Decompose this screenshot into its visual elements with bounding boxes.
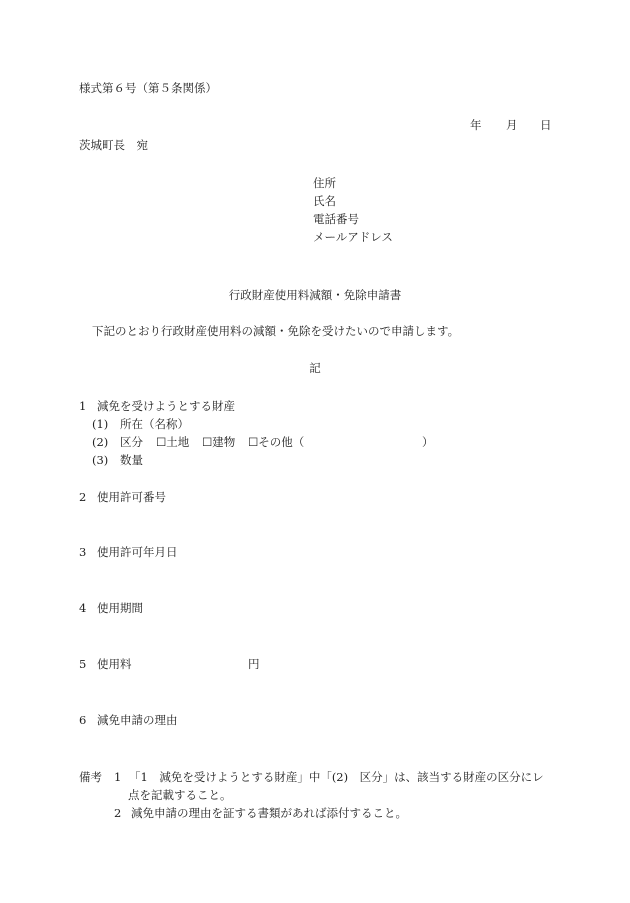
addressee: 茨城町長 宛 <box>79 137 148 153</box>
item-5-label: 使用料 <box>97 656 132 672</box>
date-day: 日 <box>540 117 552 133</box>
other-close-paren: ） <box>422 434 434 450</box>
date-month: 月 <box>506 117 518 133</box>
field-email: メールアドレス <box>313 229 393 245</box>
item-4-num: 4 <box>79 600 86 616</box>
checkbox-building[interactable]: ☐建物 <box>202 434 235 450</box>
item-5-unit: 円 <box>248 656 260 672</box>
date-year: 年 <box>470 117 482 133</box>
field-phone: 電話番号 <box>313 211 359 227</box>
notes-heading: 備考 <box>79 769 102 785</box>
note-2-text: 減免申請の理由を証する書類があれば添付すること。 <box>131 805 407 821</box>
note-1-num: 1 <box>114 769 121 785</box>
item-2-num: 2 <box>79 489 86 505</box>
intro-text: 下記のとおり行政財産使用料の減額・免除を受けたいので申請します。 <box>92 323 459 339</box>
item-4-label: 使用期間 <box>97 600 143 616</box>
item-1-2-label: 区分 <box>120 434 143 450</box>
item-1-label: 減免を受けようとする財産 <box>97 398 235 414</box>
form-label: 様式第６号（第５条関係） <box>79 80 217 96</box>
document-title: 行政財産使用料減額・免除申請書 <box>0 287 630 303</box>
item-1-1-label: 所在（名称） <box>120 416 189 432</box>
item-6-label: 減免申請の理由 <box>97 712 178 728</box>
item-1-2-num: (2) <box>92 434 108 450</box>
note-1-line-1: 「1 減免を受けようとする財産」中「(2) 区分」は、該当する財産の区分にレ <box>129 769 544 785</box>
item-1-num: 1 <box>79 398 86 414</box>
item-1-3-num: (3) <box>92 452 108 468</box>
field-name: 氏名 <box>313 193 336 209</box>
field-address: 住所 <box>313 175 336 191</box>
item-5-num: 5 <box>79 656 86 672</box>
item-3-num: 3 <box>79 544 86 560</box>
item-3-label: 使用許可年月日 <box>97 544 178 560</box>
checkbox-other[interactable]: ☐その他（ <box>248 434 304 450</box>
checkbox-land[interactable]: ☐土地 <box>156 434 189 450</box>
ki-marker: 記 <box>0 360 630 376</box>
item-1-3-label: 数量 <box>120 452 143 468</box>
item-2-label: 使用許可番号 <box>97 489 166 505</box>
item-6-num: 6 <box>79 712 86 728</box>
item-1-1-num: (1) <box>92 416 108 432</box>
note-2-num: 2 <box>114 805 121 821</box>
note-1-line-2: 点を記載すること。 <box>128 787 232 803</box>
